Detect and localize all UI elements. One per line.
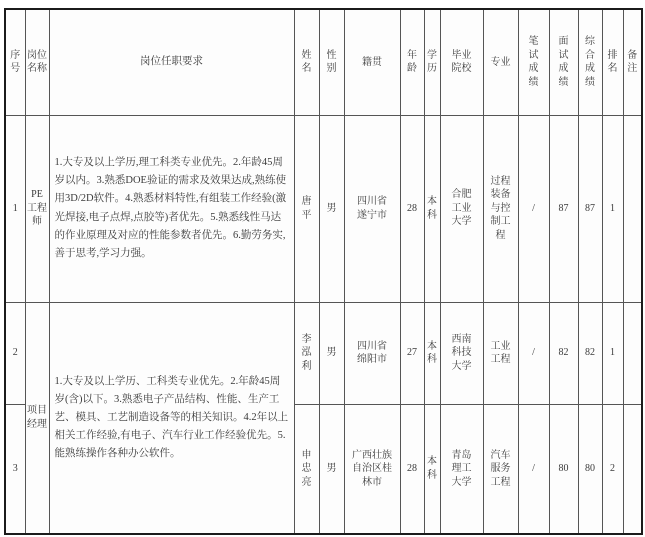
cell-major: 过程装备与控制工程 [483, 115, 518, 302]
cell-native-place: 四川省 绵阳市 [344, 302, 400, 404]
cell-composite-score: 87 [578, 115, 602, 302]
header-index: 序号 [5, 9, 25, 115]
cell-gender: 男 [319, 115, 344, 302]
header-written-score: 笔试成绩 [518, 9, 549, 115]
header-education: 学历 [424, 9, 440, 115]
header-position: 岗位名称 [25, 9, 49, 115]
cell-education: 本科 [424, 404, 440, 534]
cell-position: PE工程师 [25, 115, 49, 302]
cell-major: 工业工程 [483, 302, 518, 404]
header-native-place: 籍贯 [344, 9, 400, 115]
cell-interview-score: 80 [549, 404, 578, 534]
cell-age: 27 [400, 302, 424, 404]
cell-native-place: 广西壮族 自治区桂 林市 [344, 404, 400, 534]
cell-written-score: / [518, 302, 549, 404]
cell-native-place: 四川省 遂宁市 [344, 115, 400, 302]
recruitment-results-table: 序号 岗位名称 岗位任职要求 姓名 性别 籍贯 年龄 学历 毕业院校 专业 笔试… [4, 8, 643, 535]
header-row: 序号 岗位名称 岗位任职要求 姓名 性别 籍贯 年龄 学历 毕业院校 专业 笔试… [5, 9, 642, 115]
header-remark: 备注 [623, 9, 642, 115]
cell-interview-score: 82 [549, 302, 578, 404]
header-rank: 排名 [602, 9, 623, 115]
cell-interview-score: 87 [549, 115, 578, 302]
cell-gender: 男 [319, 302, 344, 404]
header-school: 毕业院校 [440, 9, 483, 115]
header-composite-score: 综合成绩 [578, 9, 602, 115]
cell-rank: 1 [602, 115, 623, 302]
cell-school: 合肥工业大学 [440, 115, 483, 302]
cell-composite-score: 82 [578, 302, 602, 404]
cell-name: 申忠亮 [294, 404, 319, 534]
cell-name: 唐平 [294, 115, 319, 302]
cell-index: 2 [5, 302, 25, 404]
table-row: 1 PE工程师 1.大专及以上学历,理工科类专业优先。2.年龄45周岁以内。3.… [5, 115, 642, 302]
header-gender: 性别 [319, 9, 344, 115]
cell-requirements: 1.大专及以上学历,理工科类专业优先。2.年龄45周岁以内。3.熟悉DOE验证的… [49, 115, 294, 302]
cell-index: 1 [5, 115, 25, 302]
table-row: 2 项目经理 1.大专及以上学历、工科类专业优先。2.年龄45周岁(含)以下。3… [5, 302, 642, 404]
cell-age: 28 [400, 404, 424, 534]
cell-education: 本科 [424, 115, 440, 302]
header-age: 年龄 [400, 9, 424, 115]
cell-index: 3 [5, 404, 25, 534]
header-requirements: 岗位任职要求 [49, 9, 294, 115]
cell-written-score: / [518, 115, 549, 302]
cell-age: 28 [400, 115, 424, 302]
cell-rank: 2 [602, 404, 623, 534]
cell-school: 青岛理工大学 [440, 404, 483, 534]
cell-position-merged: 项目经理 [25, 302, 49, 534]
cell-education: 本科 [424, 302, 440, 404]
header-major: 专业 [483, 9, 518, 115]
cell-remark [623, 115, 642, 302]
cell-remark [623, 302, 642, 404]
header-interview-score: 面试成绩 [549, 9, 578, 115]
cell-requirements-merged: 1.大专及以上学历、工科类专业优先。2.年龄45周岁(含)以下。3.熟悉电子产品… [49, 302, 294, 534]
cell-name: 李泓利 [294, 302, 319, 404]
cell-gender: 男 [319, 404, 344, 534]
cell-composite-score: 80 [578, 404, 602, 534]
cell-school: 西南科技大学 [440, 302, 483, 404]
header-name: 姓名 [294, 9, 319, 115]
cell-remark [623, 404, 642, 534]
cell-written-score: / [518, 404, 549, 534]
cell-major: 汽车服务工程 [483, 404, 518, 534]
cell-rank: 1 [602, 302, 623, 404]
